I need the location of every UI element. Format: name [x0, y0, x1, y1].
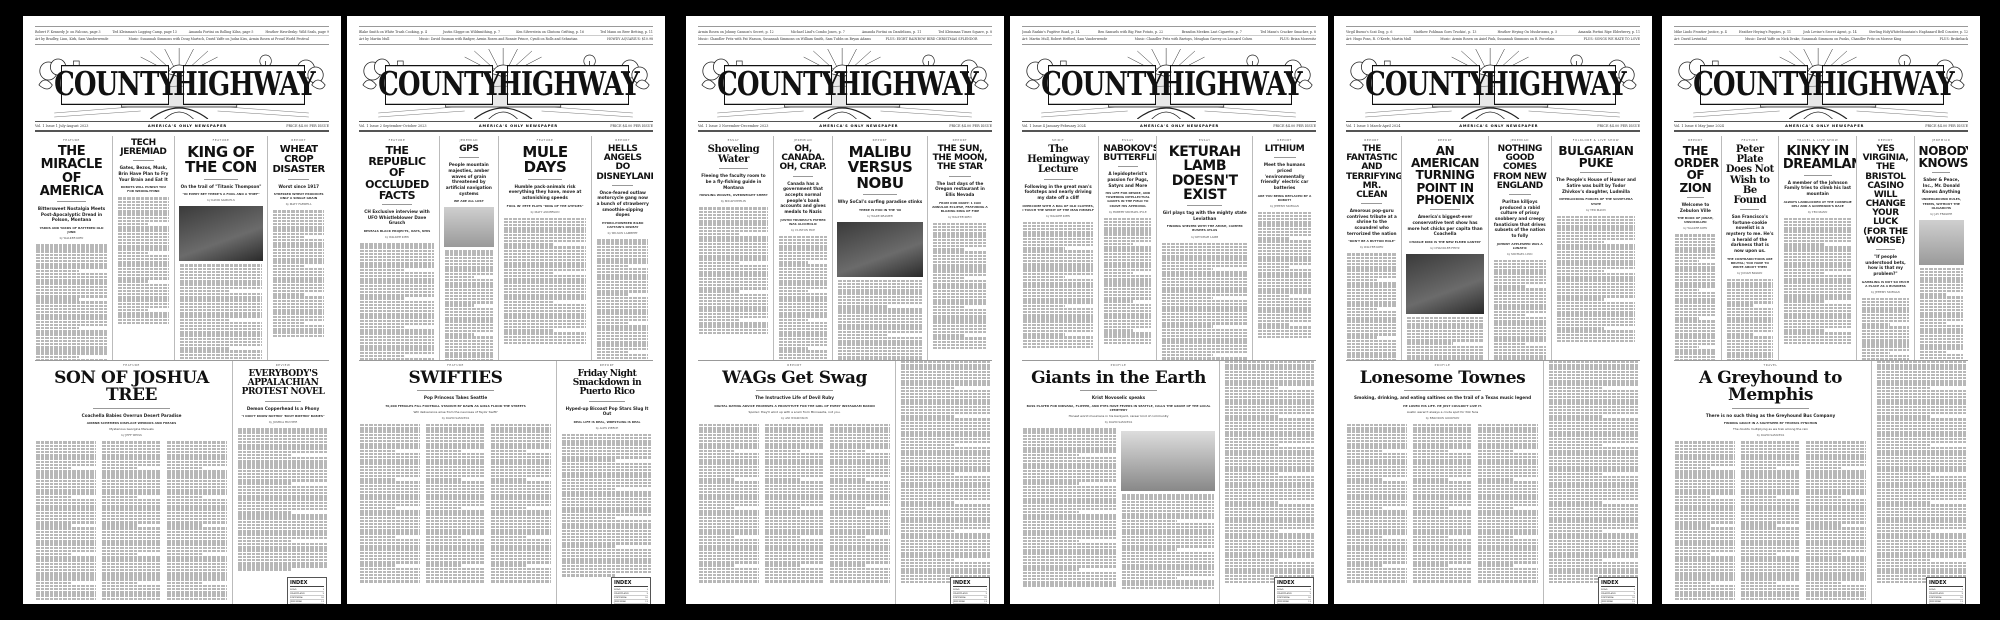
- divider: [1404, 390, 1481, 391]
- masthead-title-left: COUNTY: [61, 65, 169, 105]
- story-subdek: STRESSED WHEAT PRODUCES ONLY A SINGLE GR…: [272, 192, 325, 200]
- story-headline[interactable]: KING OF THE CON: [179, 145, 264, 176]
- story-photo[interactable]: [837, 222, 923, 277]
- index-section: EDITORIAL: [1277, 596, 1290, 599]
- index-section: HEARTLAND: [290, 592, 305, 595]
- story-headline[interactable]: THE REPUBLIC OF OCCLUDED FACTS: [359, 145, 435, 201]
- story-column[interactable]: REPORTHELLS ANGELS DO DISNEYLANDOnce-fea…: [591, 136, 653, 360]
- issue-number: Vol. 1 Issue 3 November-December 2023: [698, 124, 768, 128]
- story-headline[interactable]: Lonesome Townes: [1346, 370, 1539, 387]
- story-headline[interactable]: THE ORDER OF ZION: [1674, 145, 1717, 194]
- story-headline[interactable]: WHEAT CROP DISASTER: [272, 145, 325, 176]
- story-byline: by BRANDON GOODWIN: [1346, 417, 1539, 420]
- masthead-title-right: HIGHWAY: [183, 65, 305, 105]
- story-subdek: FOOL IN' PETE PLAYS "KING OF THE GYPSIES…: [503, 204, 588, 208]
- index-section: LEAD: [290, 588, 296, 591]
- story-headline[interactable]: THE MIRACLE OF AMERICA: [35, 145, 108, 198]
- bottom-side-column: REVIEWEVERYBODY'S APPALACHIAN PROTEST NO…: [233, 361, 329, 604]
- index-title: INDEX: [1601, 580, 1635, 587]
- story-kicker: FOLKLORE & LIVE SHOW: [1556, 138, 1636, 142]
- bottom-feature[interactable]: TRAVEL A Greyhound to Memphis There is n…: [1674, 361, 1872, 604]
- story-byline: by TED MANN: [1556, 209, 1636, 212]
- teaser[interactable]: Amanda Fortini on Dandelions, p. 11: [862, 29, 921, 35]
- index-page: 1: [1634, 588, 1635, 591]
- divider: [1932, 172, 1950, 173]
- story-column[interactable]: JEREMIADOH, CANADA. OH, CRAP.Canada has …: [773, 136, 832, 360]
- story-headline[interactable]: WAGs Get Swag: [698, 370, 891, 387]
- story-headline[interactable]: Friday Night Smackdown in Puerto Rico: [561, 370, 653, 398]
- bottom-side-column: INDEX LEAD1HEARTLAND2EDITORIAL10JEREMIAD…: [1544, 361, 1640, 604]
- teaser[interactable]: Brandon Meeken Last Cigarette, p. 7: [1182, 29, 1242, 35]
- body-text-lines: [35, 244, 108, 360]
- story-body: [1674, 441, 1867, 600]
- story-dek: Demon Copperhead Is a Phony: [237, 406, 329, 412]
- story-headline[interactable]: The Hemingway Lecture: [1022, 145, 1094, 176]
- story-column[interactable]: FEATURETHE REPUBLIC OF OCCLUDED FACTSCH …: [359, 136, 439, 360]
- index-page: 11: [645, 600, 648, 603]
- body-text-lines: [1022, 428, 1117, 589]
- story-subdek: Robots will punish you for wrong-think: [117, 185, 170, 193]
- story-kicker: FEATURE: [359, 363, 552, 367]
- story-subdek: JUSTIN TRUDEAU'S FATHER WAS ALCOHOLIC: [778, 218, 828, 226]
- story-column[interactable]: SPIRITThe Hemingway LectureFollowing in …: [1022, 136, 1098, 360]
- teaser-row-2: Art: Hugo Pons, R. O'Keefe, Martin Mull …: [1346, 35, 1640, 42]
- story-byline: by KETURAH LAMB: [1161, 236, 1248, 239]
- story-column[interactable]: ESSAYKETURAH LAMB DOESN'T EXISTGirl play…: [1156, 136, 1252, 360]
- index-page: 10: [1308, 596, 1311, 599]
- story-kicker: ESSAY: [698, 138, 769, 142]
- teaser[interactable]: Ted Kleinman's Logging Camp, page 13: [113, 29, 177, 35]
- story-kicker: FEATURE: [35, 363, 228, 367]
- teaser[interactable]: Matthew Pohlman Goes Truckin', p. 13: [1414, 29, 1477, 35]
- story-subdek: AIRBNB SCHEMERS DISPLACE WEIRDOS AND FRE…: [35, 421, 228, 425]
- teaser-bar: Robert F. Kennedy Jr. on Falcons, page 3…: [35, 26, 329, 45]
- story-column[interactable]: REPORTWHEAT CROP DISASTERWorst since 191…: [267, 136, 329, 360]
- teaser-bar: Virgil Bueno's Scat Dog, p. 6 Matthew Po…: [1346, 26, 1640, 45]
- index-page: 11: [321, 600, 324, 603]
- story-byline: by DAVID SAMUELS: [1674, 434, 1867, 437]
- story-column[interactable]: TRAVEL & LIVE SHOWKINKY IN DREAMLANDA me…: [1778, 136, 1857, 360]
- teaser[interactable]: Art: David Levinthal: [1674, 36, 1707, 42]
- story-column[interactable]: ESSAYShoveling WaterFleeing the faculty …: [698, 136, 773, 360]
- divider: [1361, 203, 1382, 204]
- teaser[interactable]: Virgil Bueno's Scat Dog, p. 6: [1346, 29, 1392, 35]
- story-extra: Mysterious Georgina Manuals: [35, 427, 228, 431]
- teaser[interactable]: Music: Chandler Fritz with Pat Wasson, S…: [698, 36, 871, 42]
- story-headline[interactable]: HELLS ANGELS DO DISNEYLAND: [596, 145, 649, 182]
- index-section: LEAD: [1929, 588, 1935, 591]
- body-text-lines: [490, 424, 552, 583]
- story-dek: The People's House of Humor and Satire w…: [1556, 177, 1636, 194]
- divider: [288, 179, 309, 180]
- story-subdek: 70,000 FEMALES FILL FOOTBALL STADIUM BY …: [359, 404, 552, 408]
- story-body: [359, 424, 552, 583]
- teaser[interactable]: Heather Havrilesky: Wild Seals, page 9: [265, 29, 329, 35]
- story-dek: Amorous pop-guru contrives tribute at a …: [1346, 208, 1397, 236]
- story-dek: Meet the humans priced 'environmentally …: [1257, 162, 1312, 190]
- teaser[interactable]: Michael Lind's Combo Jones, p. 7: [791, 29, 845, 35]
- index-box: INDEX LEAD1HEARTLAND2EDITORIAL10JEREMIAD…: [287, 577, 327, 604]
- index-page: 11: [1632, 600, 1635, 603]
- story-extra: Austin weren't always a crude spot for f…: [1346, 410, 1539, 414]
- divider: [459, 157, 479, 158]
- story-headline[interactable]: OH, CANADA. OH, CRAP.: [778, 145, 828, 173]
- story-dek: Gates, Bezos, Musk, Brin Have Plan to Fr…: [117, 165, 170, 182]
- story-kicker: REPORT: [1346, 138, 1397, 142]
- story-column[interactable]: REPORTLITHIUMMeet the humans priced 'env…: [1252, 136, 1316, 360]
- teaser[interactable]: PLUS: EIGHT RAINBOW BIRD CHRISTMAS SPLEN…: [886, 36, 978, 42]
- story-column[interactable]: FEATUREPeter Plate Does Not Wish to Be F…: [1721, 136, 1778, 360]
- story-photo[interactable]: [1406, 254, 1483, 314]
- story-headline[interactable]: NOBODY KNOWS: [1919, 145, 1964, 169]
- teaser[interactable]: Art by Martin Mull: [359, 36, 389, 42]
- story-subdek: Digital dating advice promises a prostit…: [698, 404, 891, 408]
- teaser-row-2: Art: David Levinthal Music: David Yaffe …: [1674, 35, 1968, 42]
- index-section: EDITORIAL: [614, 596, 627, 599]
- story-column[interactable]: REPORTTHE FANTASTIC AND TERRIFYING MR. C…: [1346, 136, 1401, 360]
- story-subdek: CHARLIE KIRK IS THE NEW ELMER GANTRY: [1406, 240, 1483, 244]
- teaser[interactable]: Amanda Fortini Ripe Elderberry, p. 11: [1578, 29, 1640, 35]
- story-dek: Pop Princess Takes Seattle: [359, 395, 552, 401]
- story-dek: Puritan killjoys produced a rabid cultur…: [1493, 199, 1547, 239]
- body-text-lines: [1740, 441, 1802, 600]
- story-headline[interactable]: MALIBU VERSUS NOBU: [837, 145, 923, 191]
- masthead-title-right: HIGHWAY: [1494, 65, 1616, 105]
- story-dek: Following in the great man's footsteps a…: [1022, 184, 1094, 201]
- story-byline: by MICAH PERLIN: [698, 200, 769, 203]
- bottom-feature[interactable]: PROFILE Giants in the Earth Krist Novose…: [1022, 361, 1220, 604]
- teaser[interactable]: Art: Hugo Pons, R. O'Keefe, Martin Mull: [1346, 36, 1411, 42]
- teaser[interactable]: Ted Mann's Cracker Smacker, p. 8: [1260, 29, 1316, 35]
- story-subdek: REVEALS BLACK PROJECTS, UAPs, NHIs: [359, 229, 435, 233]
- story-headline[interactable]: A Greyhound to Memphis: [1674, 370, 1867, 405]
- story-headline[interactable]: AN AMERICAN TURNING POINT IN PHOENIX: [1406, 145, 1483, 206]
- tagline: AMERICA'S ONLY NEWSPAPER: [1140, 124, 1219, 128]
- story-column[interactable]: TECH JEREMIADGates, Bezos, Musk, Brin Ha…: [112, 136, 174, 360]
- story-byline: by JOSHUA HUNTER: [237, 421, 329, 424]
- divider: [417, 390, 494, 391]
- story-kicker: FEATURE: [359, 138, 435, 142]
- story-dek: Girl plays tag with the mighty state Lev…: [1161, 210, 1248, 221]
- index-box: INDEX LEAD1HEARTLAND2EDITORIAL10JEREMIAD…: [1274, 577, 1314, 604]
- story-byline: by WADE KRAMER: [837, 215, 923, 218]
- story-column[interactable]: REPORTYES VIRGINIA, THE BRISTOL CASINO W…: [1856, 136, 1913, 360]
- masthead-title-left: COUNTY: [724, 65, 832, 105]
- divider: [1740, 209, 1759, 210]
- story-column[interactable]: REPORTMALIBU VERSUS NOBUWhy SoCal's surf…: [832, 136, 927, 360]
- teaser-bar: Blake Smith on White Trash Cooking, p. 4…: [359, 26, 653, 45]
- story-column[interactable]: REPORTTHE SUN, THE MOON, THE STARThe las…: [927, 136, 992, 360]
- story-headline[interactable]: THE SUN, THE MOON, THE STAR: [932, 145, 988, 173]
- story-subdek: FINDING SHELTER WITH THE AMISH, CAMPER B…: [1161, 224, 1248, 232]
- story-subdek: INTERLOCKING FORCES OF THE SOVIET-ERA ST…: [1556, 197, 1636, 205]
- body-text-lines: [166, 441, 228, 600]
- story-byline: by CLINTON RUE: [778, 229, 828, 232]
- dog-photo[interactable]: [1121, 431, 1216, 491]
- body-text-lines: [1346, 424, 1408, 583]
- index-page: 11: [1308, 600, 1311, 603]
- story-body: [1346, 424, 1539, 583]
- teaser[interactable]: Armin Rosen on Johnny Cannon's Secret, p…: [698, 29, 774, 35]
- issue-number: Vol. 1 Issue 6 May-June 2024: [1674, 124, 1724, 128]
- story-kicker: TRAVEL: [1674, 363, 1867, 367]
- index-page: 1: [986, 588, 987, 591]
- teaser[interactable]: Amanda Fortini on Rolling Kilns, page 5: [189, 29, 254, 35]
- body-text-lines: [1412, 424, 1474, 583]
- body-text-lines: [359, 424, 421, 583]
- story-byline: by WALTER KIRN: [1346, 246, 1397, 249]
- teaser[interactable]: Music: David Yaffe on Nick Drake, Susann…: [1745, 36, 1901, 42]
- story-headline[interactable]: Shoveling Water: [698, 145, 769, 165]
- index-title: INDEX: [614, 580, 648, 587]
- story-column[interactable]: FEATUREMULE DAYSHumble pack-animals risk…: [498, 136, 592, 360]
- masthead-title-left: COUNTY: [1048, 65, 1156, 105]
- story-subdek: UNDERGROUND RULES, TERMS, WITHOUT THE OL…: [1919, 197, 1964, 209]
- story-dek: There is no such thing as the Greyhound …: [1674, 413, 1867, 419]
- story-kicker: PROFILE: [1346, 363, 1539, 367]
- body-text-lines: [1161, 243, 1248, 361]
- story-subdek: GAMBLING IS NOT SO MUCH A PLACE AS A BUS…: [1861, 280, 1909, 288]
- story-headline[interactable]: NOTHING GOOD COMES FROM NEW ENGLAND: [1493, 145, 1547, 191]
- teaser-row-2: Music: Chandler Fritz with Pat Wasson, S…: [698, 35, 992, 42]
- story-column[interactable]: ESSAYNABOKOV'S BUTTERFLIESA lepidopteris…: [1098, 136, 1156, 360]
- teaser-row-1: Mike Lindo Frontier Justice, p. 4 Heathe…: [1674, 29, 1968, 35]
- bottom-stories: TRAVEL A Greyhound to Memphis There is n…: [1674, 361, 1968, 604]
- index-page: 2: [986, 592, 987, 595]
- story-headline[interactable]: BULGARIAN PUKE: [1556, 145, 1636, 169]
- teaser[interactable]: Music: Armin Rosen on Axiel Pink, Susann…: [1440, 36, 1554, 42]
- body-text-lines: [1783, 218, 1853, 345]
- index-page: 10: [984, 596, 987, 599]
- index-page: 1: [647, 588, 648, 591]
- index-title: INDEX: [1277, 580, 1311, 587]
- teaser[interactable]: Jonah Raskin's Fugitive Road, p. 14: [1022, 29, 1080, 35]
- body-text-lines: [778, 236, 828, 360]
- divider: [528, 179, 562, 180]
- story-subdek: "DON'T BE A BUTTON HOLE": [1346, 239, 1397, 243]
- story-headline[interactable]: TECH JEREMIAD: [117, 139, 170, 157]
- story-photo[interactable]: [179, 206, 264, 261]
- story-subdek: Bass player for Nirvana, Flipper, and Ey…: [1022, 404, 1215, 412]
- index-section: EDITORIAL: [1601, 596, 1614, 599]
- teaser[interactable]: Josh Levine's Secret Agent, p. 14: [1803, 29, 1856, 35]
- index-title: INDEX: [290, 580, 324, 587]
- story-subdek: "I DON'T KNOW NOTHIN' 'BOUT BIRTHIN' BAB…: [237, 414, 329, 418]
- story-column[interactable]: FOLKLORE & LIVE SHOWBULGARIAN PUKEThe Pe…: [1551, 136, 1640, 360]
- index-section: JEREMIAD: [1929, 600, 1941, 603]
- index-page: 1: [1310, 588, 1311, 591]
- story-headline[interactable]: Giants in the Earth: [1022, 370, 1215, 387]
- bottom-feature[interactable]: FEATURE SON OF JOSHUA TREE Coachella Bab…: [35, 361, 233, 604]
- story-extra: Honest world musicians in his backyard, …: [1022, 414, 1215, 418]
- story-headline[interactable]: GPS: [444, 145, 494, 154]
- story-headline[interactable]: KETURAH LAMB DOESN'T EXIST: [1161, 145, 1248, 202]
- body-text-lines: [1674, 441, 1736, 600]
- teaser[interactable]: Heather Heying's Poppies, p. 11: [1739, 29, 1791, 35]
- teaser[interactable]: Ted Kleinman Times Square, p. 8: [938, 29, 992, 35]
- teaser[interactable]: Art: Martin Mull, Robert Hefford, Sam Va…: [1022, 36, 1107, 42]
- price: PRICE $4.00 PER ISSUE: [1925, 124, 1968, 128]
- teaser[interactable]: HOWDY AQUARIUS: $10.98: [607, 36, 653, 42]
- dateline: Vol. 1 Issue 6 May-June 2024 AMERICA'S O…: [1674, 121, 1968, 132]
- body-text-lines: [1257, 212, 1312, 339]
- index-page: 2: [323, 592, 324, 595]
- story-subdek: FROM OUR DIARY: 1 CAN ANNULAR ECLIPSE, F…: [932, 201, 988, 213]
- story-kicker: JEREMIAD: [444, 138, 494, 142]
- teaser[interactable]: Sterling HolyWhiteMountain's Haphazard B…: [1869, 29, 1968, 35]
- teaser[interactable]: PLUS: SONGS WE HATE TO LOVE: [1584, 36, 1640, 42]
- teaser[interactable]: Heather Heying On Mushrooms, p. 5: [1497, 29, 1557, 35]
- story-column[interactable]: FEATUREKING OF THE CONOn the trail of "T…: [174, 136, 268, 360]
- body-text-lines: [359, 243, 435, 360]
- divider: [204, 179, 238, 180]
- dateline: Vol. 1 Issue 4 January-February 2024 AME…: [1022, 121, 1316, 132]
- masthead-title-right: HIGHWAY: [1822, 65, 1944, 105]
- body-text-lines: [179, 264, 264, 360]
- story-column[interactable]: JEREMIADNOBODY KNOWSSaber & Peace, Inc.,…: [1914, 136, 1968, 360]
- divider: [719, 168, 747, 169]
- story-kicker: ESSAY: [1161, 138, 1248, 142]
- teaser[interactable]: Ted Mann on Beer Betting, p. 11: [600, 29, 653, 35]
- bottom-feature[interactable]: PROFILE Lonesome Townes Smoking, drinkin…: [1346, 361, 1544, 604]
- issue-1-front-page: Robert F. Kennedy Jr. on Falcons, page 3…: [23, 16, 341, 604]
- top-stories: REPORTTHE FANTASTIC AND TERRIFYING MR. C…: [1346, 136, 1640, 361]
- bottom-feature[interactable]: REPORT WAGs Get Swag The Instructive Lif…: [698, 361, 896, 604]
- story-dek: Welcome to Zebulon Ville: [1674, 202, 1717, 213]
- story-column[interactable]: JEREMIADNOTHING GOOD COMES FROM NEW ENGL…: [1488, 136, 1551, 360]
- divider: [265, 401, 302, 402]
- story-subdek: THERE IS POO IN THE '90: [837, 208, 923, 212]
- story-dek: CH Exclusive interview with UFO Whistleb…: [359, 209, 435, 226]
- masthead: COUNTY HIGHWAY: [35, 47, 329, 119]
- story-body: [698, 424, 891, 583]
- teaser[interactable]: Blake Smith on White Trash Cooking, p. 4: [359, 29, 427, 35]
- teaser[interactable]: Music: Chandler Fritz with Bartops, Meag…: [1135, 36, 1253, 42]
- story-headline[interactable]: THE FANTASTIC AND TERRIFYING MR. CLEAN: [1346, 145, 1397, 200]
- divider: [1687, 197, 1704, 198]
- bottom-feature[interactable]: FEATURE SWIFTIES Pop Princess Takes Seat…: [359, 361, 557, 604]
- body-text-lines: [503, 218, 588, 345]
- story-subdek: THE BOOK OF JONAH, UNSCROLLED: [1674, 216, 1717, 224]
- index-box: INDEX LEAD1HEARTLAND2EDITORIAL10JEREMIAD…: [1598, 577, 1638, 604]
- story-body: [35, 441, 228, 600]
- story-headline[interactable]: MULE DAYS: [503, 145, 588, 176]
- body-text-lines: [932, 223, 988, 350]
- story-extra: The doubts multiplying as we trek among …: [1674, 427, 1867, 431]
- story-photo[interactable]: [444, 207, 494, 247]
- body-text-lines: [1406, 317, 1483, 360]
- price: PRICE $4.00 PER ISSUE: [949, 124, 992, 128]
- story-extra: Will deliverance arise from the neuroses…: [359, 410, 552, 414]
- dateline: Vol. 1 Issue 2 September-October 2023 AM…: [359, 121, 653, 132]
- body-text-lines: [1346, 253, 1397, 360]
- story-headline[interactable]: SWIFTIES: [359, 370, 552, 387]
- story-dek: Worst since 1917: [272, 184, 325, 190]
- story-byline: by WALKER KIRN: [359, 236, 435, 239]
- body-text-lines: [698, 207, 769, 334]
- body-text-lines: [272, 210, 325, 337]
- body-text-lines: [1103, 218, 1152, 345]
- story-column[interactable]: FEATURETHE MIRACLE OF AMERICABittersweet…: [35, 136, 112, 360]
- index-section: EDITORIAL: [290, 596, 303, 599]
- story-byline: by WALKER KIRN: [35, 237, 108, 240]
- teaser[interactable]: Justin Sloppe on Wildsmithing, p. 7: [443, 29, 500, 35]
- bottom-side-column: INDEX LEAD1HEARTLAND2EDITORIAL10JEREMIAD…: [896, 361, 992, 604]
- tagline: AMERICA'S ONLY NEWSPAPER: [1785, 124, 1864, 128]
- index-page: 11: [1960, 600, 1963, 603]
- index-section: JEREMIAD: [1601, 600, 1613, 603]
- story-headline[interactable]: Peter Plate Does Not Wish to Be Found: [1726, 145, 1774, 206]
- teaser[interactable]: PLUS: Brian Morowitz: [1280, 36, 1316, 42]
- body-text-lines: [764, 424, 826, 583]
- story-headline[interactable]: EVERYBODY'S APPALACHIAN PROTEST NOVEL: [237, 370, 329, 398]
- price: PRICE $4.00 PER ISSUE: [1273, 124, 1316, 128]
- story-headline[interactable]: NABOKOV'S BUTTERFLIES: [1103, 145, 1152, 163]
- teaser[interactable]: Robert F. Kennedy Jr. on Falcons, page 3: [35, 29, 101, 35]
- teaser-row-2: Art by Bradley, Linn, Kirk, Sam Vanderwe…: [35, 35, 329, 42]
- story-photo[interactable]: [1919, 220, 1964, 265]
- story-kicker: PROFILE: [1022, 363, 1215, 367]
- divider: [133, 160, 154, 161]
- index-section: HEARTLAND: [614, 592, 629, 595]
- story-headline[interactable]: KINKY IN DREAMLAND: [1783, 145, 1853, 172]
- story-dek: San Francisco's fortune-cookie novelist …: [1726, 214, 1774, 254]
- story-subdek: ALWAYS LANDLOCKED AT THE CARNEGIE DELI A…: [1783, 200, 1853, 208]
- issue-2-front-page: Blake Smith on White Trash Cooking, p. 4…: [347, 16, 665, 604]
- teaser[interactable]: Mike Lindo Frontier Justice, p. 4: [1674, 29, 1727, 35]
- teaser[interactable]: Art by Bradley, Linn, Kirk, Sam Vanderwe…: [35, 36, 108, 42]
- index-section: HEARTLAND: [1277, 592, 1292, 595]
- teaser[interactable]: PLUS: Brokeback: [1940, 36, 1968, 42]
- issue-3-front-page: Armin Rosen on Johnny Cannon's Secret, p…: [686, 16, 1004, 604]
- top-stories: FEATURETHE REPUBLIC OF OCCLUDED FACTSCH …: [359, 136, 653, 361]
- index-section: JEREMIAD: [290, 600, 302, 603]
- story-column[interactable]: JEREMIADGPSPeople mountain majesties, am…: [439, 136, 498, 360]
- story-headline[interactable]: YES VIRGINIA, THE BRISTOL CASINO WILL CH…: [1861, 145, 1909, 246]
- story-dek: Smoking, drinking, and eating saltines o…: [1346, 395, 1539, 401]
- story-column[interactable]: REPORTTHE ORDER OF ZIONWelcome to Zebulo…: [1674, 136, 1721, 360]
- story-dek: Humble pack-animals risk everything they…: [503, 184, 588, 201]
- story-column[interactable]: REPORTAN AMERICAN TURNING POINT IN PHOEN…: [1401, 136, 1487, 360]
- story-headline[interactable]: SON OF JOSHUA TREE: [35, 370, 228, 405]
- story-kicker: FEATURE: [179, 138, 264, 142]
- divider: [57, 201, 86, 202]
- story-dek: Bittersweet Nostalgia Meets Post-Apocaly…: [35, 206, 108, 223]
- dateline: Vol. 1 Issue 3 November-December 2023 AM…: [698, 121, 992, 132]
- body-text-lines: [1726, 279, 1774, 360]
- body-text-lines: [237, 428, 329, 571]
- issue-number: Vol. 1 Issue 5 March-April 2024: [1346, 124, 1400, 128]
- teaser[interactable]: Music: Susannah Simmons with Doug Martsc…: [128, 36, 308, 42]
- bottom-stories: PROFILE Lonesome Townes Smoking, drinkin…: [1346, 361, 1640, 604]
- teaser[interactable]: Music: David Susman with Badger, Armin R…: [419, 36, 577, 42]
- divider: [589, 401, 626, 402]
- index-section: HEARTLAND: [1929, 592, 1944, 595]
- divider: [863, 194, 897, 195]
- tagline: AMERICA'S ONLY NEWSPAPER: [148, 124, 227, 128]
- teaser[interactable]: Ben Samuels with Big Pine Potato, p. 22: [1098, 29, 1163, 35]
- story-byline: by TED MANN: [1783, 211, 1853, 214]
- masthead-title-right: HIGHWAY: [1170, 65, 1292, 105]
- story-subdek: ARE YOU BEING REPLACED BY A ROBOT?: [1257, 194, 1312, 202]
- masthead-title-left: COUNTY: [385, 65, 493, 105]
- story-kicker: TRAVEL & LIVE SHOW: [1783, 138, 1853, 142]
- story-byline: by CHANDLER FRITZ: [1406, 247, 1483, 250]
- teaser[interactable]: Ken Silverstein on Clintons Grifting, p.…: [516, 29, 584, 35]
- story-headline[interactable]: LITHIUM: [1257, 145, 1312, 154]
- price: PRICE $4.00 PER ISSUE: [286, 124, 329, 128]
- story-kicker: REPORT: [1861, 138, 1909, 142]
